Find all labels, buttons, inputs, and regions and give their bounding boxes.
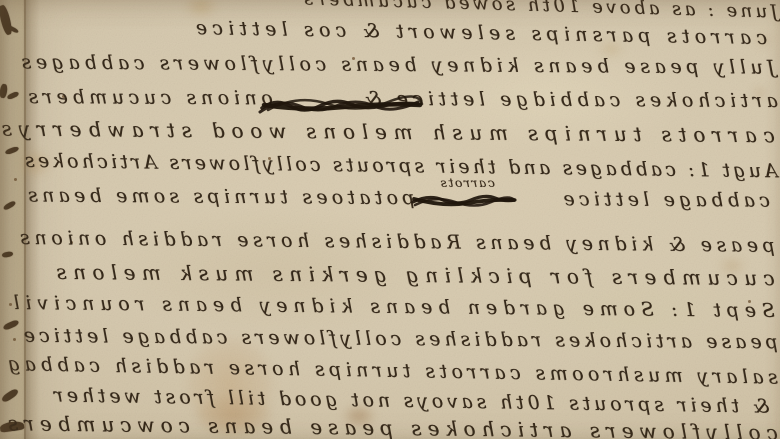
paper-speckle xyxy=(13,338,16,341)
manuscript-line: Jully pease beans kidney beans collyflow… xyxy=(27,48,775,81)
strikethrough-scribble xyxy=(258,92,426,120)
inserted-correction-word: carrots xyxy=(412,175,522,190)
manuscript-line: Sept 1: Some garden beans kidney beans r… xyxy=(24,289,775,325)
manuscript-line: pease & kidney beans Raddishes horse rad… xyxy=(45,224,775,260)
manuscript-page: June : as above 10th sowed cucumbers car… xyxy=(0,0,780,439)
manuscript-line: Augt 1: cabbages and their sprouts colly… xyxy=(24,147,778,186)
line-segment: potatoes turnips some beans xyxy=(24,181,415,212)
manuscript-line: cucumbers for pickling gerkins musk melo… xyxy=(50,258,775,292)
line-segment: cabbage lettice xyxy=(559,185,770,214)
paper-speckle xyxy=(14,178,17,181)
strikethrough-scribble xyxy=(410,190,518,212)
line-segment: onions cucumbers xyxy=(24,83,273,112)
manuscript-line: cabbage lettice potatoes turnips some be… xyxy=(24,181,770,214)
manuscript-line: pease artichokes raddishes collyflowers … xyxy=(24,322,778,357)
